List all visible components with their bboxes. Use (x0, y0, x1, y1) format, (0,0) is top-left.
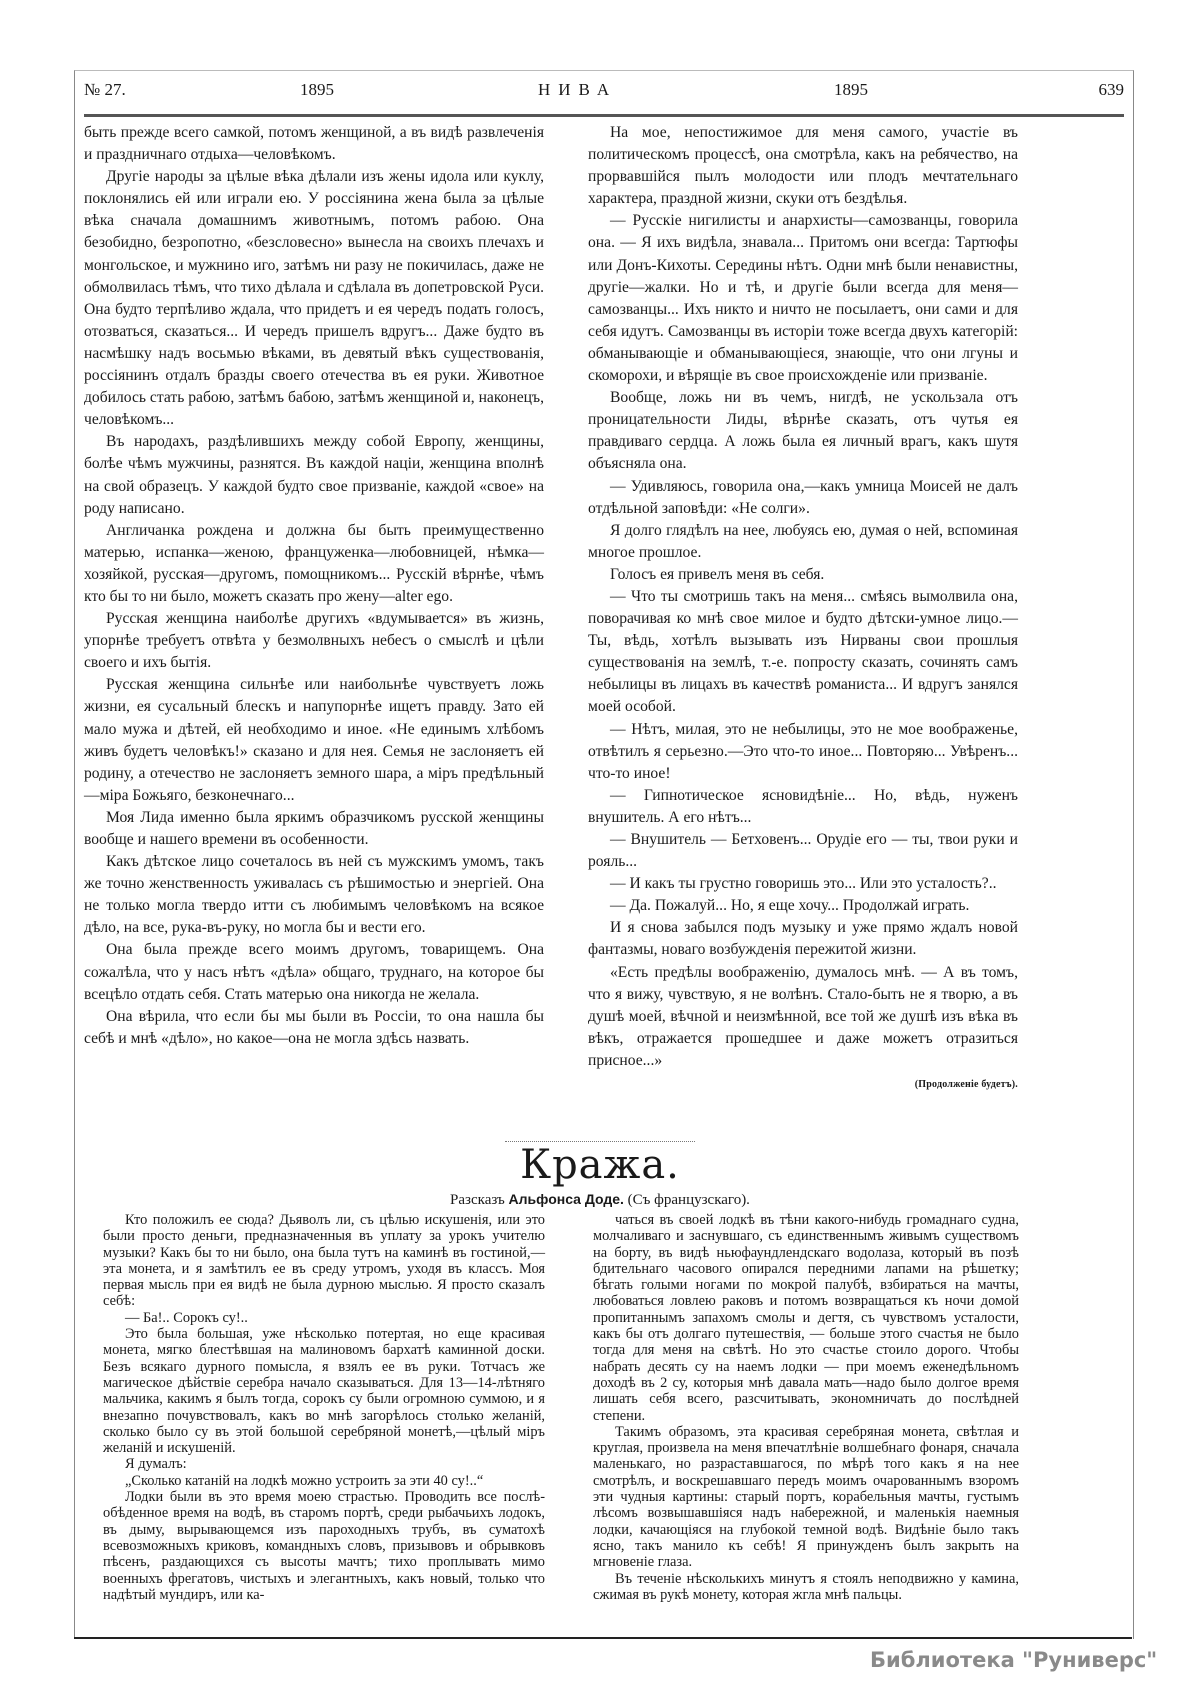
paragraph: Какъ дѣтское лицо сочеталось въ ней съ м… (84, 851, 544, 939)
header-rule (84, 114, 1124, 117)
byline-author: Альфонса Доде. (509, 1191, 624, 1207)
paragraph: Русская женщина наиболѣе другихъ «вдумыв… (84, 608, 544, 674)
paragraph: И я снова забылся подъ музыку и уже прям… (588, 917, 1018, 961)
paragraph: Я долго глядѣлъ на нее, любуясь ею, дума… (588, 520, 1018, 564)
paragraph: — Русскіе нигилисты и анархисты—самозван… (588, 210, 1018, 387)
byline-suffix: (Съ французскаго). (628, 1192, 750, 1208)
paragraph: Моя Лида именно была яркимъ образчикомъ … (84, 807, 544, 851)
journal-title: НИВА (538, 80, 617, 100)
byline-prefix: Разсказъ (450, 1192, 505, 1208)
paragraph: Лодки были въ это время моею страстью. П… (103, 1489, 545, 1603)
bottom-rule (74, 1637, 1132, 1639)
paragraph: Такимъ образомъ, эта красивая серебряная… (593, 1424, 1019, 1571)
continued-note: (Продолженіе будетъ). (588, 1074, 1018, 1096)
paragraph: Это была большая, уже нѣсколько потертая… (103, 1326, 545, 1456)
paragraph: Другіе народы за цѣлые вѣка дѣлали изъ ж… (84, 166, 544, 431)
page-header: № 27. 1895 НИВА 1895 639 (84, 78, 1124, 106)
paragraph: чаться въ своей лодкѣ въ тѣни какого-ниб… (593, 1212, 1019, 1424)
paragraph: Кто положилъ ее сюда? Дьяволъ ли, съ цѣл… (103, 1212, 545, 1310)
paragraph: — Ба!.. Сорокъ су!.. (103, 1310, 545, 1326)
year-left: 1895 (300, 80, 334, 100)
paragraph: — Удивляюсь, говорила она,—какъ умница М… (588, 476, 1018, 520)
paragraph: — Да. Пожалуй... Но, я еще хочу... Продо… (588, 895, 1018, 917)
paragraph: На мое, непостижимое для меня самого, уч… (588, 122, 1018, 210)
paragraph: Англичанка рождена и должна бы быть преи… (84, 520, 544, 608)
paragraph: быть прежде всего самкой, потомъ женщино… (84, 122, 544, 166)
paragraph: Русская женщина сильнѣе или наибольнѣе ч… (84, 674, 544, 807)
bottom-right-column: чаться въ своей лодкѣ въ тѣни какого-ниб… (593, 1212, 1019, 1603)
paragraph: — И какъ ты грустно говоришь это... Или … (588, 873, 1018, 895)
paragraph: „Сколько катаній на лодкѣ можно устроить… (103, 1473, 545, 1489)
paragraph: Въ народахъ, раздѣлившихъ между собой Ев… (84, 431, 544, 519)
paragraph: Въ теченіе нѣсколькихъ минутъ я стоялъ н… (593, 1571, 1019, 1604)
top-left-column: быть прежде всего самкой, потомъ женщино… (84, 122, 544, 1050)
issue-number: № 27. (84, 80, 126, 100)
top-right-column: На мое, непостижимое для меня самого, уч… (588, 122, 1018, 1096)
paragraph: Голосъ ея привелъ меня въ себя. (588, 564, 1018, 586)
paragraph: — Что ты смотришь такъ на меня... смѣясь… (588, 586, 1018, 719)
story-byline: Разсказъ Альфонса Доде. (Съ французскаго… (0, 1191, 1200, 1209)
paragraph: — Гипнотическое ясновидѣніе... Но, вѣдь,… (588, 785, 1018, 829)
library-watermark: Библиотека "Руниверс" (870, 1648, 1157, 1672)
story-title: Кража. (0, 1142, 1200, 1188)
page-number: 639 (1099, 80, 1125, 100)
paragraph: Она была прежде всего моимъ другомъ, тов… (84, 939, 544, 1005)
year-right: 1895 (834, 80, 868, 100)
paragraph: — Нѣтъ, милая, это не небылицы, это не м… (588, 719, 1018, 785)
paragraph: «Есть предѣлы воображенію, думалось мнѣ.… (588, 962, 1018, 1072)
paragraph: Вообще, ложь ни въ чемъ, нигдѣ, не ускол… (588, 387, 1018, 475)
paragraph: Она вѣрила, что если бы мы были въ Россі… (84, 1006, 544, 1050)
bottom-left-column: Кто положилъ ее сюда? Дьяволъ ли, съ цѣл… (103, 1212, 545, 1603)
paragraph: Я думалъ: (103, 1456, 545, 1472)
paragraph: — Внушитель — Бетховенъ... Орудіе его — … (588, 829, 1018, 873)
